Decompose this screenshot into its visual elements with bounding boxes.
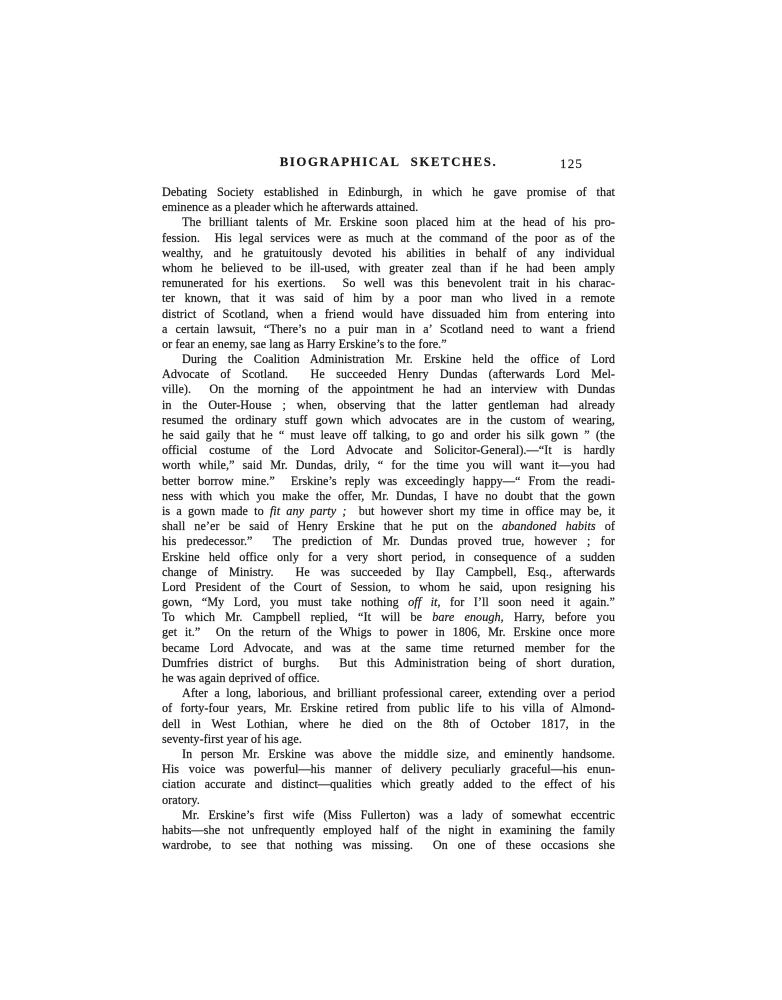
text-line: habits—she not unfrequently employed hal… bbox=[162, 823, 615, 838]
text-line: change of Ministry. He was succeeded by … bbox=[162, 565, 615, 580]
text-line: Debating Society established in Edinburg… bbox=[162, 185, 615, 200]
text-line: his predecessor.” The prediction of Mr. … bbox=[162, 534, 615, 549]
text-line: After a long, laborious, and brilliant p… bbox=[162, 686, 615, 701]
text-line: official costume of the Lord Advocate an… bbox=[162, 443, 615, 458]
text-line: Erskine held office only for a very shor… bbox=[162, 550, 615, 565]
text-line: fession. His legal services were as much… bbox=[162, 231, 615, 246]
text-line: is a gown made to fit any party ; but ho… bbox=[162, 504, 615, 519]
paragraph: During the Coalition Administration Mr. … bbox=[162, 352, 615, 686]
text-line: Advocate of Scotland. He succeeded Henry… bbox=[162, 367, 615, 382]
page-text-block: Debating Society established in Edinburg… bbox=[162, 185, 615, 853]
text-line: wealthy, and he gratuitously devoted his… bbox=[162, 246, 615, 261]
text-line: In person Mr. Erskine was above the midd… bbox=[162, 747, 615, 762]
paragraph: Debating Society established in Edinburg… bbox=[162, 185, 615, 215]
text-line: dell in West Lothian, where he died on t… bbox=[162, 717, 615, 732]
text-line: in the Outer-House ; when, observing tha… bbox=[162, 398, 615, 413]
paragraph: The brilliant talents of Mr. Erskine soo… bbox=[162, 215, 615, 352]
text-line: shall ne’er be said of Henry Erskine tha… bbox=[162, 519, 615, 534]
text-line: Lord President of the Court of Session, … bbox=[162, 580, 615, 595]
book-page: BIOGRAPHICAL SKETCHES. 125 Debating Soci… bbox=[0, 0, 782, 1000]
text-line: remunerated for his exertions. So well w… bbox=[162, 276, 615, 291]
text-line: or fear an enemy, sae lang as Harry Ersk… bbox=[162, 337, 615, 352]
text-line: ciation accurate and distinct—qualities … bbox=[162, 777, 615, 792]
text-line: of forty-four years, Mr. Erskine retired… bbox=[162, 701, 615, 716]
text-line: To which Mr. Campbell replied, “It will … bbox=[162, 610, 615, 625]
text-line: ter known, that it was said of him by a … bbox=[162, 291, 615, 306]
text-line: ville). On the morning of the appointmen… bbox=[162, 382, 615, 397]
text-line: wardrobe, to see that nothing was missin… bbox=[162, 838, 615, 853]
text-line: Dumfries district of burghs. But this Ad… bbox=[162, 656, 615, 671]
text-line: whom he believed to be ill-used, with gr… bbox=[162, 261, 615, 276]
text-line: get it.” On the return of the Whigs to p… bbox=[162, 625, 615, 640]
text-line: he was again deprived of office. bbox=[162, 671, 615, 686]
text-line: a certain lawsuit, “There’s no a puir ma… bbox=[162, 322, 615, 337]
paragraph: After a long, laborious, and brilliant p… bbox=[162, 686, 615, 747]
text-line: Mr. Erskine’s first wife (Miss Fullerton… bbox=[162, 808, 615, 823]
text-line: eminence as a pleader which he afterward… bbox=[162, 200, 615, 215]
text-line: worth while,” said Mr. Dundas, drily, “ … bbox=[162, 458, 615, 473]
text-line: became Lord Advocate, and was at the sam… bbox=[162, 641, 615, 656]
text-line: resumed the ordinary stuff gown which ad… bbox=[162, 413, 615, 428]
text-line: he said gaily that he “ must leave off t… bbox=[162, 428, 615, 443]
text-line: gown, “My Lord, you must take nothing of… bbox=[162, 595, 615, 610]
text-line: His voice was powerful—his manner of del… bbox=[162, 762, 615, 777]
text-line: district of Scotland, when a friend woul… bbox=[162, 307, 615, 322]
running-head-title: BIOGRAPHICAL SKETCHES. bbox=[162, 155, 615, 170]
paragraph: Mr. Erskine’s first wife (Miss Fullerton… bbox=[162, 808, 615, 854]
paragraph: In person Mr. Erskine was above the midd… bbox=[162, 747, 615, 808]
page-number: 125 bbox=[560, 156, 583, 172]
text-line: oratory. bbox=[162, 793, 615, 808]
text-line: The brilliant talents of Mr. Erskine soo… bbox=[162, 215, 615, 230]
text-line: seventy-first year of his age. bbox=[162, 732, 615, 747]
text-line: During the Coalition Administration Mr. … bbox=[162, 352, 615, 367]
text-line: better borrow mine.” Erskine’s reply was… bbox=[162, 474, 615, 489]
text-line: ness with which you make the offer, Mr. … bbox=[162, 489, 615, 504]
